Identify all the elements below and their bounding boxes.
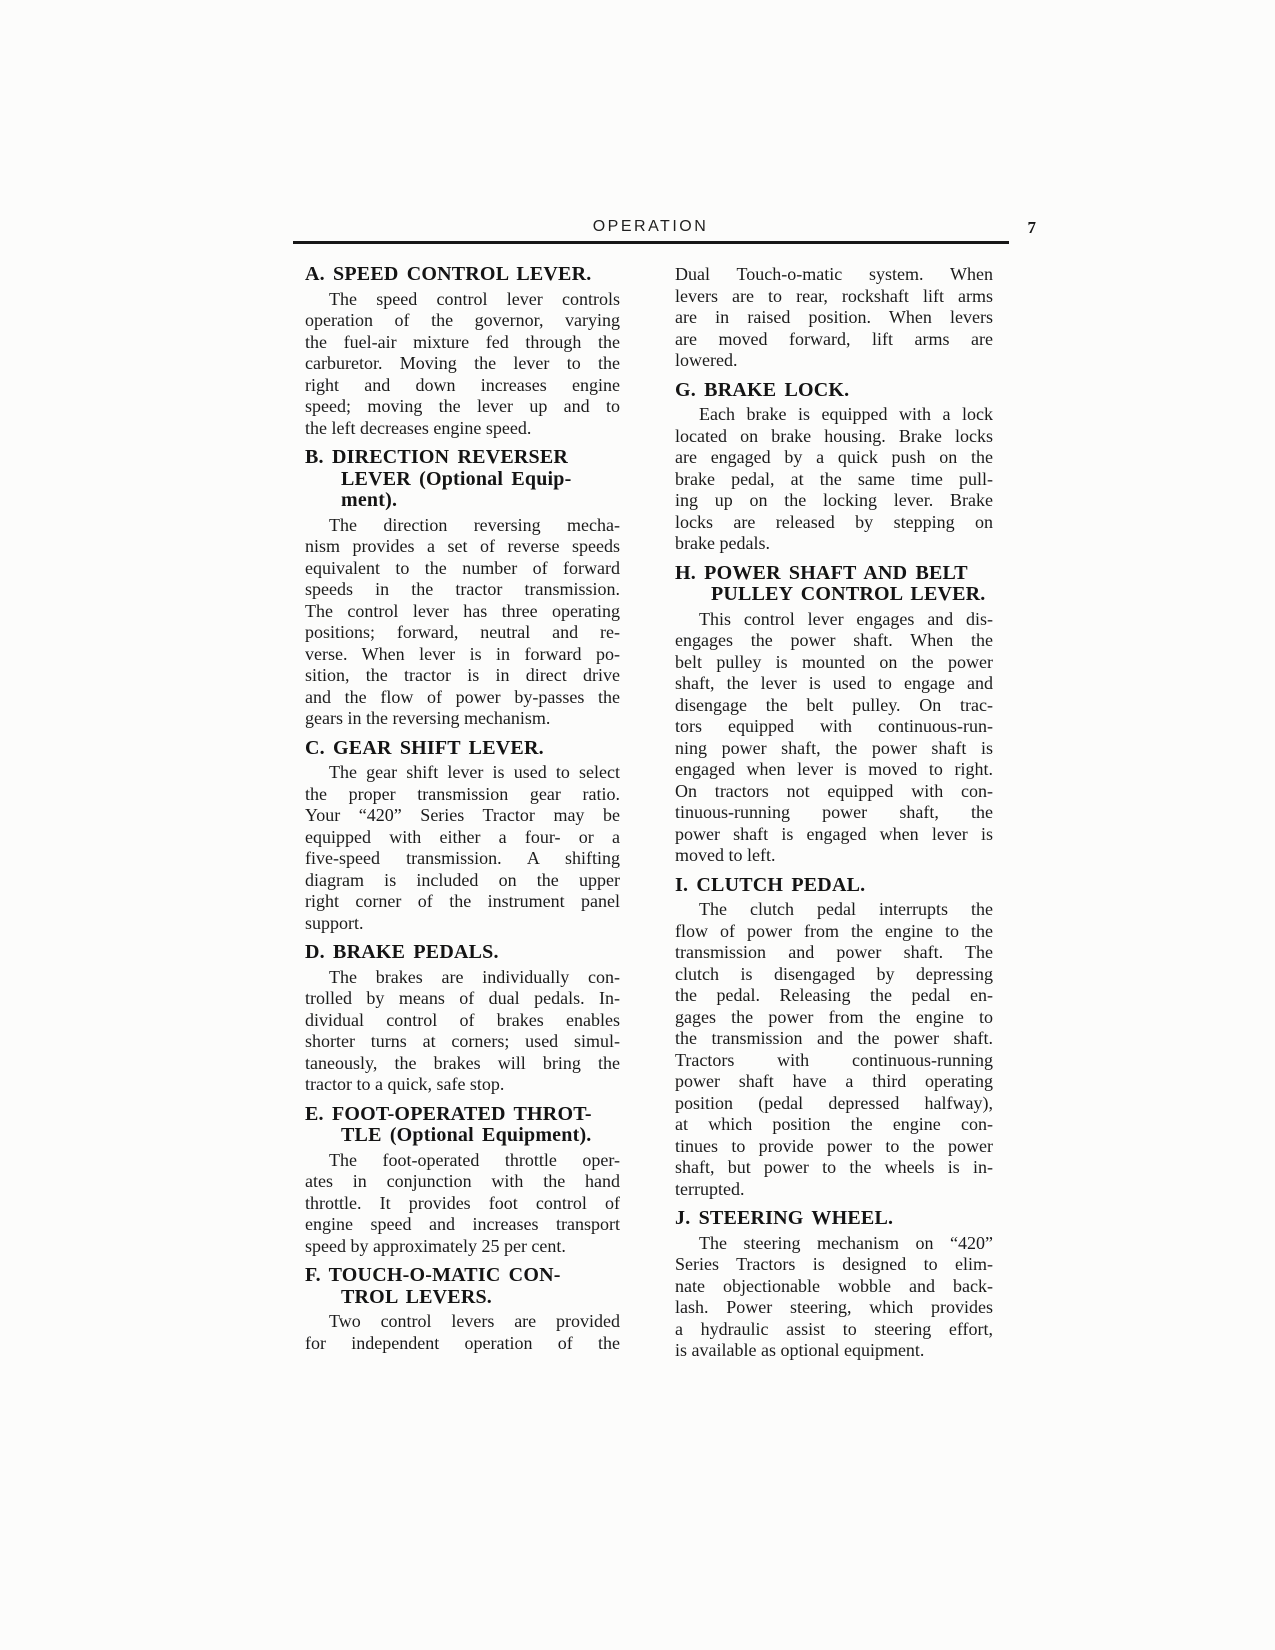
text-line: Your “420” Series Tractor may be [305,805,620,827]
heading-line: A. SPEED CONTROL LEVER. [305,264,620,286]
text-line: the transmission and the power shaft. [675,1028,993,1050]
text-line: tractor to a quick, safe stop. [305,1074,620,1096]
text-line: lowered. [675,350,993,372]
text-line: equipped with either a four- or a [305,827,620,849]
column-left: A. SPEED CONTROL LEVER.The speed control… [305,256,620,1362]
paragraph: This control lever engages and dis-engag… [675,609,993,867]
text-line: gears in the reversing mechanism. [305,708,620,730]
text-line: verse. When lever is in forward po- [305,644,620,666]
text-line: speed; moving the lever up and to [305,396,620,418]
section-heading: C. GEAR SHIFT LEVER. [305,738,620,760]
section-heading: F. TOUCH-O-MATIC CON-TROL LEVERS. [305,1265,620,1308]
text-line: sition, the tractor is in direct drive [305,665,620,687]
text-line: the pedal. Releasing the pedal en- [675,985,993,1007]
paragraph: The foot-operated throttle oper-ates in … [305,1150,620,1258]
text-line: ates in conjunction with the hand [305,1171,620,1193]
section-heading: H. POWER SHAFT AND BELTPULLEY CONTROL LE… [675,563,993,606]
text-line: power shaft have a third operating [675,1071,993,1093]
text-line: trolled by means of dual pedals. In- [305,988,620,1010]
text-line: taneously, the brakes will bring the [305,1053,620,1075]
text-line: speed by approximately 25 per cent. [305,1236,620,1258]
page-title: OPERATION [293,218,1008,236]
text-line: power shaft is engaged when lever is [675,824,993,846]
running-header: OPERATION 7 [293,218,1008,242]
text-line: shaft, the lever is used to engage and [675,673,993,695]
text-line: engine speed and increases transport [305,1214,620,1236]
text-line: diagram is included on the upper [305,870,620,892]
text-line: locks are released by stepping on [675,512,993,534]
text-line: tinuous-running power shaft, the [675,802,993,824]
text-line: tinues to provide power to the power [675,1136,993,1158]
page-number: 7 [1028,218,1037,238]
heading-line: F. TOUCH-O-MATIC CON- [305,1265,620,1287]
paragraph: The steering mechanism on “420”Series Tr… [675,1233,993,1362]
text-line: moved to left. [675,845,993,867]
paragraph: Two control levers are providedfor indep… [305,1311,620,1354]
text-line: located on brake housing. Brake locks [675,426,993,448]
text-line: terrupted. [675,1179,993,1201]
text-line: shaft, but power to the wheels is in- [675,1157,993,1179]
text-line: is available as optional equipment. [675,1340,993,1362]
text-line: carburetor. Moving the lever to the [305,353,620,375]
heading-line: E. FOOT-OPERATED THROT- [305,1104,620,1126]
text-line: five-speed transmission. A shifting [305,848,620,870]
text-columns: A. SPEED CONTROL LEVER.The speed control… [305,256,993,1362]
text-line: ing up on the locking lever. Brake [675,490,993,512]
text-line: transmission and power shaft. The [675,942,993,964]
text-line: The clutch pedal interrupts the [675,899,993,921]
text-line: the fuel-air mixture fed through the [305,332,620,354]
paragraph: Each brake is equipped with a locklocate… [675,404,993,555]
text-line: a hydraulic assist to steering effort, [675,1319,993,1341]
text-line: The steering mechanism on “420” [675,1233,993,1255]
text-line: Dual Touch-o-matic system. When [675,264,993,286]
text-line: gages the power from the engine to [675,1007,993,1029]
text-line: The brakes are individually con- [305,967,620,989]
heading-line: D. BRAKE PEDALS. [305,942,620,964]
text-line: Each brake is equipped with a lock [675,404,993,426]
header-rule [293,241,1009,244]
text-line: position (pedal depressed halfway), [675,1093,993,1115]
text-line: brake pedal, at the same time pull- [675,469,993,491]
text-line: the left decreases engine speed. [305,418,620,440]
section-heading: G. BRAKE LOCK. [675,380,993,402]
text-line: belt pulley is mounted on the power [675,652,993,674]
text-line: The control lever has three operating [305,601,620,623]
text-line: This control lever engages and dis- [675,609,993,631]
paragraph: The gear shift lever is used to selectth… [305,762,620,934]
section-heading: A. SPEED CONTROL LEVER. [305,264,620,286]
paragraph: The speed control lever controlsoperatio… [305,289,620,440]
paragraph: The clutch pedal interrupts theflow of p… [675,899,993,1200]
heading-line: C. GEAR SHIFT LEVER. [305,738,620,760]
text-line: operation of the governor, varying [305,310,620,332]
text-line: brake pedals. [675,533,993,555]
paragraph: Dual Touch-o-matic system. Whenlevers ar… [675,264,993,372]
heading-line: LEVER (Optional Equip- [305,469,620,491]
heading-line: B. DIRECTION REVERSER [305,447,620,469]
text-line: The direction reversing mecha- [305,515,620,537]
text-line: positions; forward, neutral and re- [305,622,620,644]
text-line: Two control levers are provided [305,1311,620,1333]
text-line: speeds in the tractor transmission. [305,579,620,601]
text-line: dividual control of brakes enables [305,1010,620,1032]
text-line: are engaged by a quick push on the [675,447,993,469]
section-heading: I. CLUTCH PEDAL. [675,875,993,897]
text-line: clutch is disengaged by depressing [675,964,993,986]
text-line: Series Tractors is designed to elim- [675,1254,993,1276]
paragraph: The direction reversing mecha-nism provi… [305,515,620,730]
text-line: Tractors with continuous-running [675,1050,993,1072]
heading-line: H. POWER SHAFT AND BELT [675,563,993,585]
text-line: are moved forward, lift arms are [675,329,993,351]
text-line: nism provides a set of reverse speeds [305,536,620,558]
text-line: nate objectionable wobble and back- [675,1276,993,1298]
text-line: flow of power from the engine to the [675,921,993,943]
heading-line: ment). [305,490,620,512]
text-line: equivalent to the number of forward [305,558,620,580]
text-line: engaged when lever is moved to right. [675,759,993,781]
text-line: levers are to rear, rockshaft lift arms [675,286,993,308]
manual-page: OPERATION 7 A. SPEED CONTROL LEVER.The s… [0,0,1275,1650]
heading-line: TLE (Optional Equipment). [305,1125,620,1147]
text-line: On tractors not equipped with con- [675,781,993,803]
heading-line: J. STEERING WHEEL. [675,1208,993,1230]
text-line: shorter turns at corners; used simul- [305,1031,620,1053]
text-line: support. [305,913,620,935]
heading-line: I. CLUTCH PEDAL. [675,875,993,897]
text-line: throttle. It provides foot control of [305,1193,620,1215]
text-line: tors equipped with continuous-run- [675,716,993,738]
heading-line: PULLEY CONTROL LEVER. [675,584,993,606]
section-heading: E. FOOT-OPERATED THROT-TLE (Optional Equ… [305,1104,620,1147]
text-line: the proper transmission gear ratio. [305,784,620,806]
text-line: right corner of the instrument panel [305,891,620,913]
heading-line: TROL LEVERS. [305,1287,620,1309]
text-line: and the flow of power by-passes the [305,687,620,709]
text-line: ning power shaft, the power shaft is [675,738,993,760]
text-line: engages the power shaft. When the [675,630,993,652]
section-heading: J. STEERING WHEEL. [675,1208,993,1230]
heading-line: G. BRAKE LOCK. [675,380,993,402]
section-heading: B. DIRECTION REVERSERLEVER (Optional Equ… [305,447,620,512]
text-line: The foot-operated throttle oper- [305,1150,620,1172]
text-line: at which position the engine con- [675,1114,993,1136]
paragraph: The brakes are individually con-trolled … [305,967,620,1096]
text-line: for independent operation of the [305,1333,620,1355]
text-line: right and down increases engine [305,375,620,397]
column-right: Dual Touch-o-matic system. Whenlevers ar… [675,256,993,1362]
section-heading: D. BRAKE PEDALS. [305,942,620,964]
text-line: The speed control lever controls [305,289,620,311]
text-line: The gear shift lever is used to select [305,762,620,784]
text-line: are in raised position. When levers [675,307,993,329]
text-line: lash. Power steering, which provides [675,1297,993,1319]
text-line: disengage the belt pulley. On trac- [675,695,993,717]
